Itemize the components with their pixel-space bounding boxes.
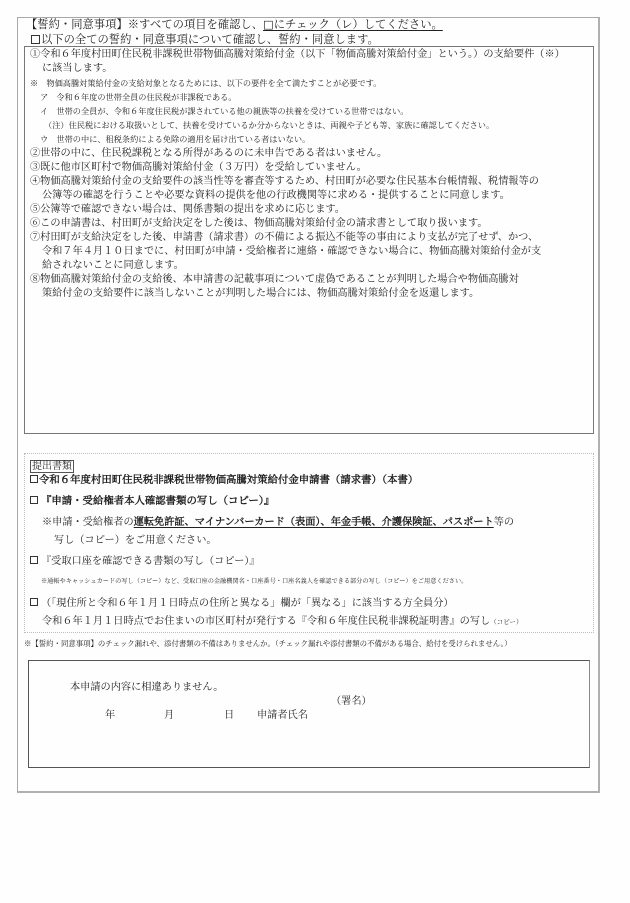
- agreement-item-4-cont: 公簿等の確認を行うことや必要な資料の提供を他の行政機関等に求める・提供することに…: [42, 191, 510, 201]
- date-day-label: 日: [224, 711, 234, 721]
- agree-all-checkbox[interactable]: [31, 35, 40, 44]
- agreement-title: 【誓約・同意事項】: [26, 18, 128, 31]
- agreement-instruction-underlined: □にチェック（レ）してください。: [263, 18, 443, 31]
- agreement-item-6: ⑥この申請書は、村田町が支給決定をした後は、物価高騰対策給付金の請求書として取り…: [30, 219, 488, 229]
- agree-all-label: 以下の全ての誓約・同意事項について確認し、誓約・同意します。: [41, 33, 379, 46]
- requirements-note: ※ 物価高騰対策給付金の支給対象となるためには、以下の要件を全て満たすことが必要…: [30, 79, 381, 87]
- agreement-item-3: ③既に他市区町村で物価高騰対策給付金（３万円）を受給していません。: [30, 163, 367, 173]
- document-3-checkbox[interactable]: [30, 556, 38, 564]
- document-2-note-suffix: 等の: [494, 517, 514, 528]
- signature-statement: 本申請の内容に相違ありません。: [70, 683, 223, 693]
- agreement-item-5: ⑤公簿等で確認できない場合は、関係書類の提出を求めに応じます。: [30, 205, 345, 215]
- documents-heading-row: 提出書類: [30, 456, 74, 472]
- agreement-item-1: ①令和６年度村田町住民税非課税世帯物価高騰対策給付金（以下「物価高騰対策給付金」…: [30, 50, 565, 60]
- document-2-note: ※申請・受給権者の運転免許証、マイナンバーカード（表面）、年金手帳、介護保険証、…: [42, 517, 514, 528]
- document-4-copy-label: （コピー）: [490, 618, 522, 626]
- agreement-header: 【誓約・同意事項】※すべての項目を確認し、□にチェック（レ）してください。: [26, 19, 443, 30]
- document-2-row[interactable]: 『申請・受給権者本人確認書類の写し（コピー）』: [30, 496, 274, 506]
- document-2-note-cont: 写し（コピー）をご用意ください。: [54, 536, 217, 546]
- signature-sign-label: （署名）: [331, 697, 372, 707]
- requirement-i: イ 世帯の全員が、令和６年度住民税が課されている他の親族等の扶養を受けている世帯…: [40, 107, 408, 115]
- date-month-label: 月: [164, 711, 174, 721]
- document-4-detail-text: 令和６年１月１日時点でお住まいの市区町村が発行する『令和６年度住民税非課税証明書…: [42, 616, 490, 627]
- document-4-detail: 令和６年１月１日時点でお住まいの市区町村が発行する『令和６年度住民税非課税証明書…: [42, 617, 523, 627]
- document-4-label: （「現住所と令和６年１月１日時点の住所と異なる」欄が「異なる」に該当する方全員分…: [41, 598, 454, 609]
- document-3-note: ※通帳やキャッシュカードの写し（コピー）など、受取口座の金融機関名・口座番号・口…: [41, 579, 467, 585]
- document-2-note-prefix: ※申請・受給権者の: [42, 517, 134, 528]
- document-2-label: 『申請・受給権者本人確認書類の写し（コピー）』: [41, 495, 274, 507]
- agreement-item-4: ④物価高騰対策給付金の支給要件の該当性等を審査等するため、村田町が必要な住民基本…: [30, 177, 539, 187]
- document-4-row[interactable]: （「現住所と令和６年１月１日時点の住所と異なる」欄が「異なる」に該当する方全員分…: [30, 598, 454, 609]
- agreement-item-8-cont: 策給付金の支給要件に該当しないことが判明した場合には、物価高騰対策給付金を返還し…: [42, 289, 479, 299]
- document-1-label: 令和６年度村田町住民税非課税世帯物価高騰対策給付金申請書（請求書）（本書）: [39, 474, 418, 486]
- agreement-item-7-cont: 令和７年４月１０日までに、村田町が申請・受給権者に連絡・確認できない場合に、物価…: [42, 247, 541, 257]
- document-1-row[interactable]: 令和６年度村田町住民税非課税世帯物価高騰対策給付金申請書（請求書）（本書）: [30, 475, 418, 485]
- date-year-label: 年: [105, 711, 115, 721]
- document-3-label: 『受取口座を確認できる書類の写し（コピー）』: [41, 556, 260, 567]
- agreement-item-1-cont: に該当します。: [42, 64, 113, 74]
- document-2-checkbox[interactable]: [30, 496, 38, 504]
- agreement-item-7-cont2: 給されないことに同意します。: [42, 261, 184, 271]
- agreement-item-2: ②世帯の中に、住民税課税となる所得があるのに未申告である者はいません。: [30, 149, 387, 159]
- requirement-note-chu: （注）住民税における取扱いとして、扶養を受けているか分からないときは、両親や子ど…: [44, 121, 494, 129]
- agreement-instruction: ※すべての項目を確認し、: [128, 18, 263, 31]
- documents-heading: 提出書類: [30, 460, 74, 473]
- applicant-name-label: 申請者氏名: [257, 711, 308, 721]
- footer-note: ※【誓約・同意事項】のチェック漏れや、添付書類の不備はありませんか。（チェック漏…: [24, 640, 512, 647]
- requirement-u: ウ 世帯の中に、租税条約による免除の適用を届け出ている者はいない。: [40, 135, 310, 143]
- requirement-a: ア 令和６年度の世帯全員の住民税が非課税である。: [40, 93, 237, 101]
- document-3-row[interactable]: 『受取口座を確認できる書類の写し（コピー）』: [30, 556, 260, 567]
- agreement-item-8: ⑧物価高騰対策給付金の支給後、本申請書の記載事項について虚偽であることが判明した…: [30, 275, 519, 285]
- document-1-checkbox[interactable]: [30, 475, 38, 483]
- agreement-item-7: ⑦村田町が支給決定をした後、申請書（請求書）の不備による振込不能等の事由により支…: [30, 233, 538, 243]
- agree-all-row[interactable]: 以下の全ての誓約・同意事項について確認し、誓約・同意します。: [31, 34, 379, 45]
- document-4-checkbox[interactable]: [30, 598, 38, 606]
- document-2-id-types: 運転免許証、マイナンバーカード（表面）、年金手帳、介護保険証、パスポート: [134, 516, 494, 528]
